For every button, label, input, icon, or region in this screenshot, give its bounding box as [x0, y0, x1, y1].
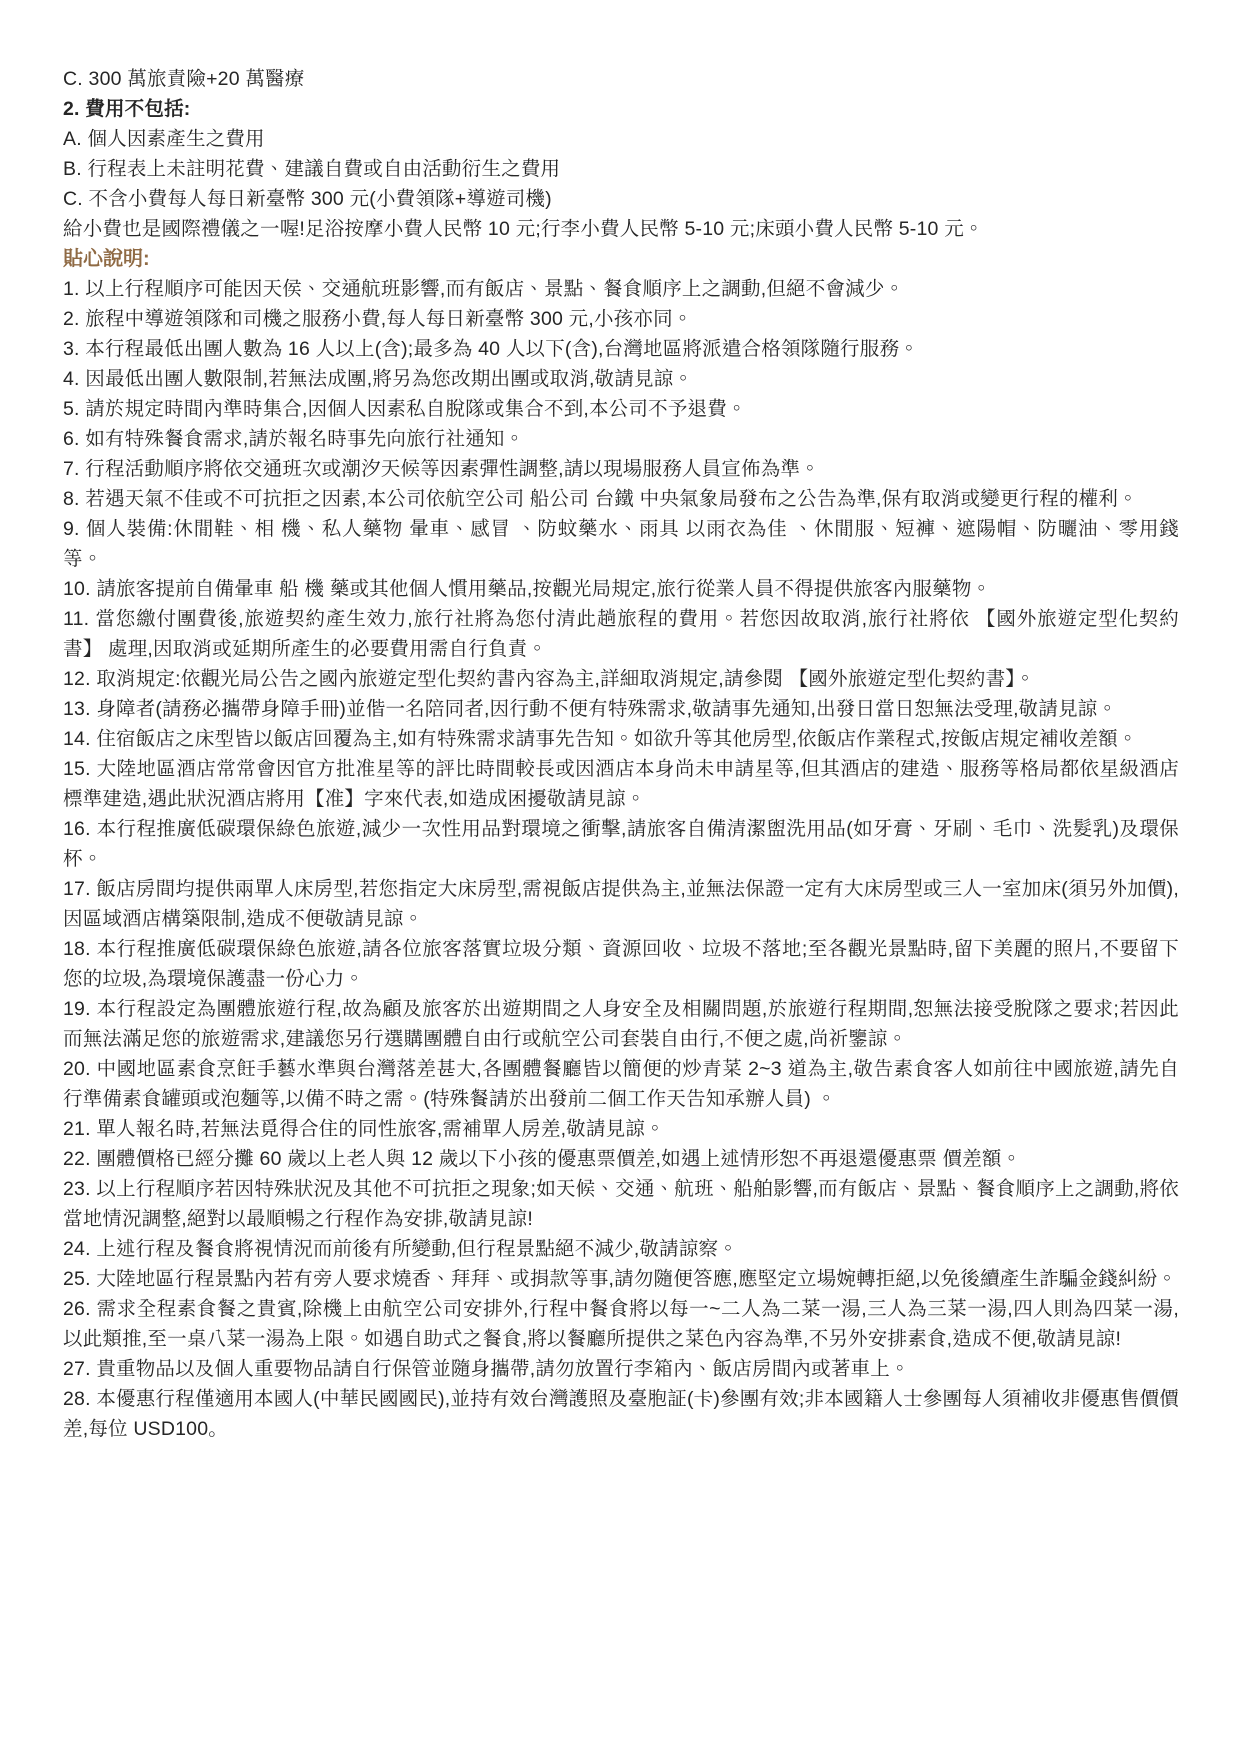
note-item-16: 16. 本行程推廣低碳環保綠色旅遊,減少一次性用品對環境之衝擊,請旅客自備清潔盥… [63, 814, 1179, 874]
note-item-11: 11. 當您繳付團費後,旅遊契約產生效力,旅行社將為您付清此趟旅程的費用。若您因… [63, 604, 1179, 664]
intro-line-insurance: C. 300 萬旅責險+20 萬醫療 [63, 64, 1179, 94]
note-item-3: 3. 本行程最低出團人數為 16 人以上(含);最多為 40 人以下(含),台灣… [63, 334, 1179, 364]
note-item-18: 18. 本行程推廣低碳環保綠色旅遊,請各位旅客落實垃圾分類、資源回收、垃圾不落地… [63, 934, 1179, 994]
notes-heading: 貼心說明: [63, 244, 1179, 274]
note-item-15: 15. 大陸地區酒店常常會因官方批准星等的評比時間較長或因酒店本身尚未申請星等,… [63, 754, 1179, 814]
note-item-8: 8. 若遇天氣不佳或不可抗拒之因素,本公司依航空公司 船公司 台鐵 中央氣象局發… [63, 484, 1179, 514]
note-item-4: 4. 因最低出團人數限制,若無法成團,將另為您改期出團或取消,敬請見諒。 [63, 364, 1179, 394]
note-item-12: 12. 取消規定:依觀光局公告之國內旅遊定型化契約書內容為主,詳細取消規定,請參… [63, 664, 1179, 694]
note-item-2: 2. 旅程中導遊領隊和司機之服務小費,每人每日新臺幣 300 元,小孩亦同。 [63, 304, 1179, 334]
note-item-24: 24. 上述行程及餐食將視情況而前後有所變動,但行程景點絕不減少,敬請諒察。 [63, 1234, 1179, 1264]
note-item-26: 26. 需求全程素食餐之貴賓,除機上由航空公司安排外,行程中餐食將以每一~二人為… [63, 1294, 1179, 1354]
intro-line-personal-cost: A. 個人因素產生之費用 [63, 124, 1179, 154]
note-item-10: 10. 請旅客提前自備暈車 船 機 藥或其他個人慣用藥品,按觀光局規定,旅行從業… [63, 574, 1179, 604]
note-item-28: 28. 本優惠行程僅適用本國人(中華民國國民),並持有效台灣護照及臺胞証(卡)參… [63, 1384, 1179, 1444]
note-item-23: 23. 以上行程順序若因特殊狀況及其他不可抗拒之現象;如天候、交通、航班、船舶影… [63, 1174, 1179, 1234]
note-item-14: 14. 住宿飯店之床型皆以飯店回覆為主,如有特殊需求請事先告知。如欲升等其他房型… [63, 724, 1179, 754]
note-item-9: 9. 個人裝備:休閒鞋、相 機、私人藥物 暈車、感冒 、防蚊藥水、雨具 以雨衣為… [63, 514, 1179, 574]
note-item-20: 20. 中國地區素食烹飪手藝水準與台灣落差甚大,各團體餐廳皆以簡便的炒青菜 2~… [63, 1054, 1179, 1114]
note-item-25: 25. 大陸地區行程景點內若有旁人要求燒香、拜拜、或捐款等事,請勿隨便答應,應堅… [63, 1264, 1179, 1294]
note-item-7: 7. 行程活動順序將依交通班次或潮汐天候等因素彈性調整,請以現場服務人員宣佈為準… [63, 454, 1179, 484]
note-item-19: 19. 本行程設定為團體旅遊行程,故為顧及旅客於出遊期間之人身安全及相關問題,於… [63, 994, 1179, 1054]
intro-line-fees-not-included: 2. 費用不包括: [63, 94, 1179, 124]
document-page: C. 300 萬旅責險+20 萬醫療 2. 費用不包括: A. 個人因素產生之費… [0, 0, 1241, 1755]
note-item-22: 22. 團體價格已經分攤 60 歲以上老人與 12 歲以下小孩的優惠票價差,如遇… [63, 1144, 1179, 1174]
note-item-21: 21. 單人報名時,若無法覓得合住的同性旅客,需補單人房差,敬請見諒。 [63, 1114, 1179, 1144]
intro-line-tip-etiquette: 給小費也是國際禮儀之一喔!足浴按摩小費人民幣 10 元;行李小費人民幣 5-10… [63, 214, 1179, 244]
note-item-5: 5. 請於規定時間內準時集合,因個人因素私自脫隊或集合不到,本公司不予退費。 [63, 394, 1179, 424]
note-item-6: 6. 如有特殊餐食需求,請於報名時事先向旅行社通知。 [63, 424, 1179, 454]
note-item-17: 17. 飯店房間均提供兩單人床房型,若您指定大床房型,需視飯店提供為主,並無法保… [63, 874, 1179, 934]
note-item-27: 27. 貴重物品以及個人重要物品請自行保管並隨身攜帶,請勿放置行李箱內、飯店房間… [63, 1354, 1179, 1384]
intro-line-unlisted-cost: B. 行程表上未註明花費、建議自費或自由活動衍生之費用 [63, 154, 1179, 184]
note-item-13: 13. 身障者(請務必攜帶身障手冊)並偕一名陪同者,因行動不便有特殊需求,敬請事… [63, 694, 1179, 724]
note-item-1: 1. 以上行程順序可能因天侯、交通航班影響,而有飯店、景點、餐食順序上之調動,但… [63, 274, 1179, 304]
intro-line-tip-cost: C. 不含小費每人每日新臺幣 300 元(小費領隊+導遊司機) [63, 184, 1179, 214]
